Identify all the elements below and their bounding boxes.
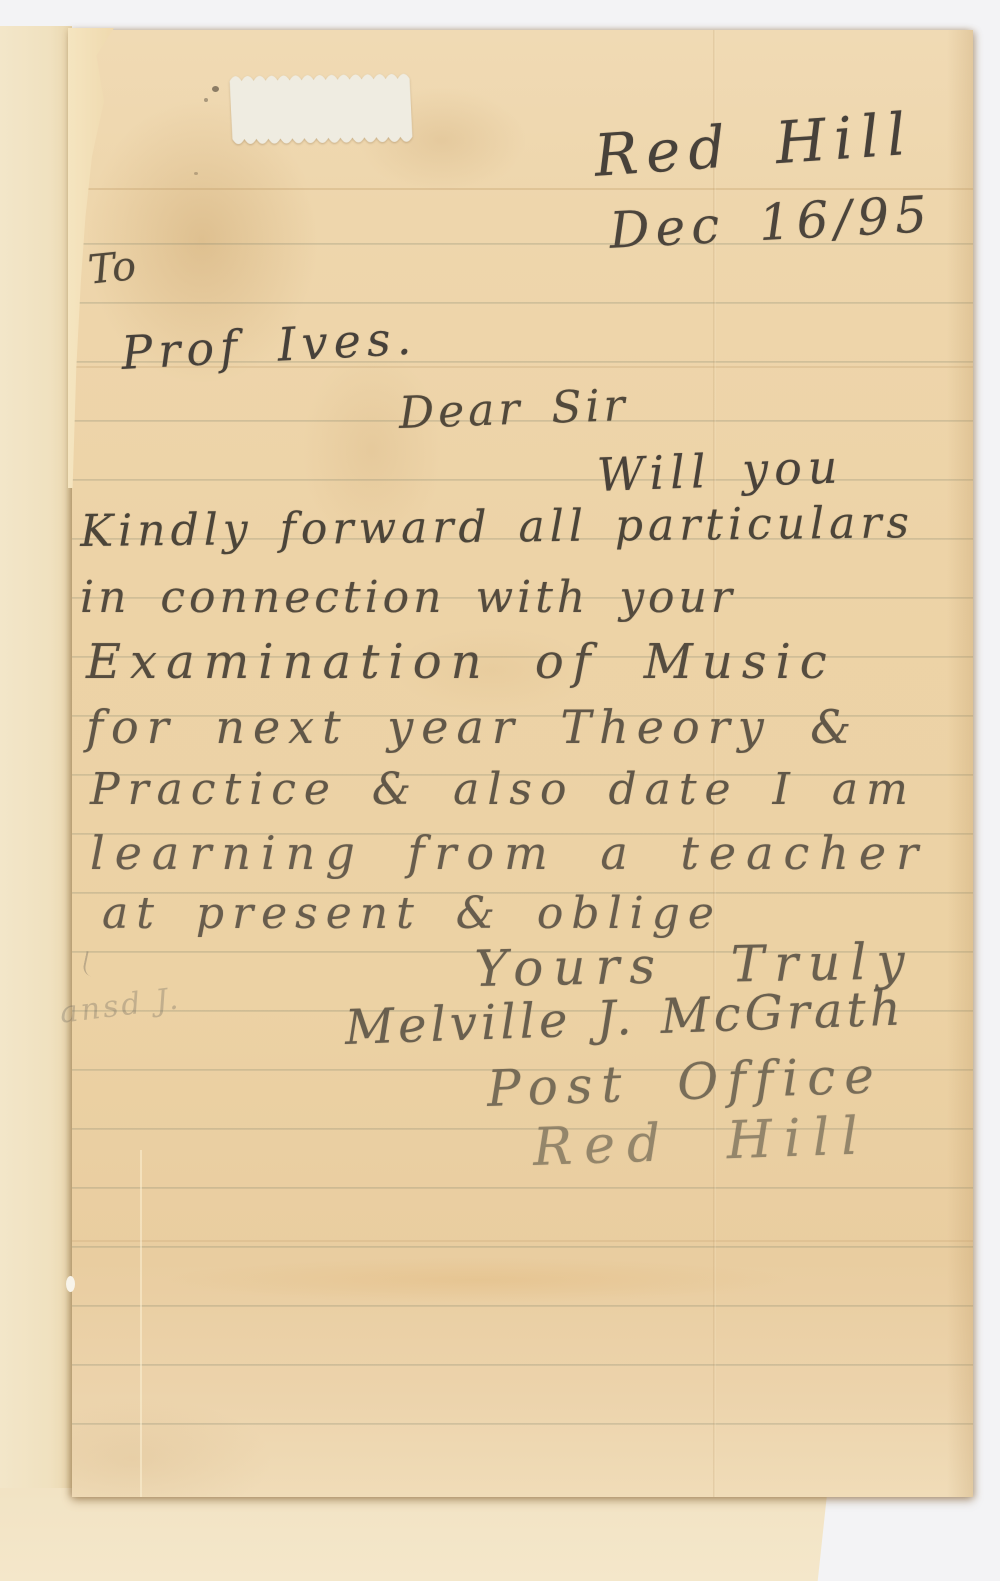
underlying-page-bottom-edge — [0, 1488, 831, 1581]
underlying-page-left-edge — [0, 26, 72, 1581]
place-line: Red Hill — [592, 100, 916, 190]
body-line-7: learning from a teacher — [90, 826, 928, 880]
body-line-3: in connection with your — [80, 572, 736, 623]
letter-sheet: Red Hill Dec 16/95 To Prof Ives. Dear Si… — [72, 30, 973, 1497]
body-line-5: for next year Theory & — [86, 700, 859, 754]
fold-crease-horizontal-low — [72, 1240, 973, 1242]
address-line-2: Red Hill — [532, 1106, 871, 1178]
salutation-line: Dear Sir — [398, 380, 629, 439]
ink-speck — [204, 98, 208, 102]
body-line-8: at present & oblige — [102, 888, 722, 939]
body-line-2: Kindly forward all particulars — [80, 497, 914, 557]
body-line-4: Examination of Music — [86, 634, 836, 690]
edge-tear-nick — [66, 1276, 75, 1292]
sheet-edge-shading — [947, 30, 973, 1497]
fold-crease-vertical-left — [140, 1150, 142, 1497]
to-label: To — [86, 243, 138, 294]
blank-label-sticker — [219, 63, 416, 154]
ink-speck — [194, 172, 198, 175]
ink-speck — [212, 86, 219, 92]
body-line-6: Practice & also date I am — [90, 764, 916, 815]
body-line-1: Will you — [596, 439, 844, 502]
